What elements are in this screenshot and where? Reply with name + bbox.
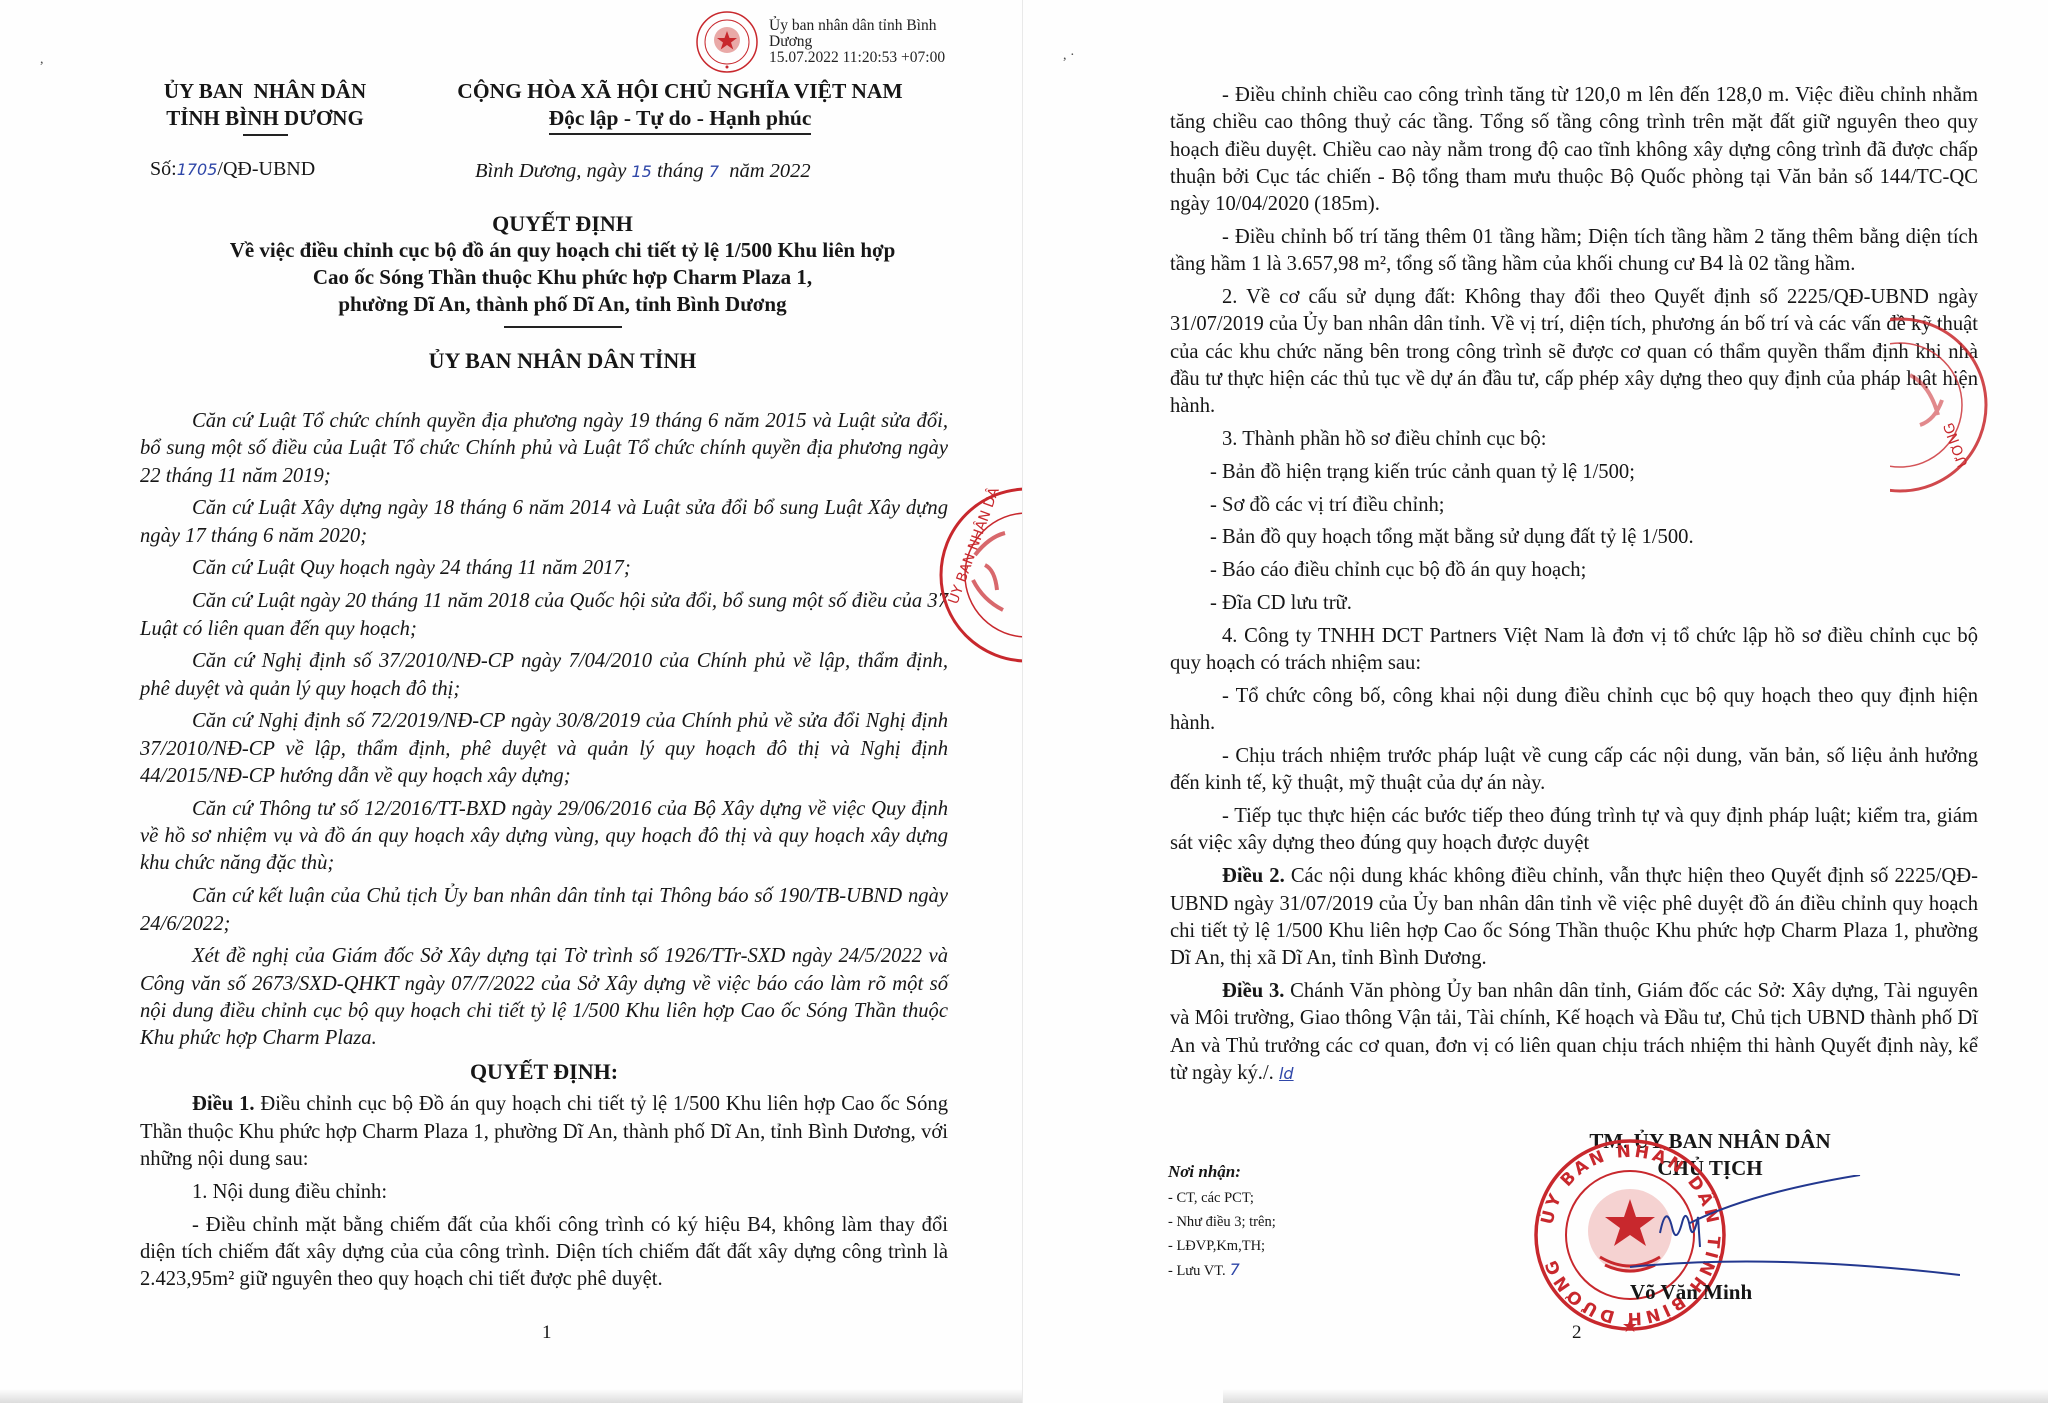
- page-number-1: 1: [542, 1322, 552, 1344]
- day-handwritten: 15: [632, 162, 652, 181]
- month-label: tháng: [652, 160, 709, 182]
- agency-line1: ỦY BAN NHÂN DÂN: [130, 78, 400, 105]
- issuer-heading: ỦY BAN NHÂN DÂN TỈNH: [175, 348, 950, 374]
- recipient-item: - Lưu VT.7: [1168, 1258, 1276, 1283]
- decides-heading: QUYẾT ĐỊNH:: [140, 1058, 948, 1085]
- responsibility-item: - Tiếp tục thực hiện các bước tiếp theo …: [1170, 803, 1978, 858]
- document-number: Số:1705/QĐ-UBND: [150, 158, 315, 181]
- item-1-heading: 1. Nội dung điều chỉnh:: [140, 1179, 948, 1206]
- recipient-text: - CT, các PCT;: [1168, 1190, 1254, 1206]
- digital-signature: Ủy ban nhân dân tỉnh Bình Dương 15.07.20…: [695, 10, 945, 74]
- legal-basis-item: Căn cứ kết luận của Chủ tịch Ủy ban nhân…: [140, 883, 948, 938]
- item-3-list: - Bản đồ hiện trạng kiến trúc cảnh quan …: [1170, 459, 1978, 617]
- scan-bottom-edge: [0, 1389, 1022, 1403]
- title-underline: [504, 326, 622, 328]
- dossier-item: - Bản đồ hiện trạng kiến trúc cảnh quan …: [1170, 459, 1978, 486]
- bullet-height: - Điều chỉnh chiều cao công trình tăng t…: [1170, 82, 1978, 218]
- scan-speck: , ·: [1063, 48, 1075, 64]
- signer-name: Võ Văn Minh: [1630, 1280, 1752, 1305]
- recipients-label: Nơi nhận:: [1168, 1160, 1276, 1184]
- article-2-label: Điều 2.: [1222, 865, 1285, 887]
- recipient-item: - CT, các PCT;: [1168, 1186, 1276, 1210]
- agency-line2: TỈNH BÌNH DƯƠNG: [130, 105, 400, 132]
- legal-basis-item: Căn cứ Thông tư số 12/2016/TT-BXD ngày 2…: [140, 796, 948, 878]
- responsibility-item: - Chịu trách nhiệm trước pháp luật về cu…: [1170, 743, 1978, 798]
- dsig-signer-line2: Dương: [769, 34, 945, 50]
- legal-basis-item: Căn cứ Luật Tổ chức chính quyền địa phươ…: [140, 408, 948, 490]
- recipient-text: - Như điều 3; trên;: [1168, 1214, 1276, 1230]
- place-date: Bình Dương, ngày 15 tháng 7 năm 2022: [475, 160, 811, 183]
- page1-body: Căn cứ Luật Tổ chức chính quyền địa phươ…: [140, 408, 948, 1299]
- scan-bottom-edge: [1223, 1389, 2048, 1403]
- svg-text:ỦY BAN NHÂN DÂ: ỦY BAN NHÂN DÂ: [943, 485, 1003, 606]
- dossier-item: - Bản đồ quy hoạch tổng mặt bằng sử dụng…: [1170, 524, 1978, 551]
- decision-title: QUYẾT ĐỊNH Về việc điều chỉnh cục bộ đồ …: [175, 210, 950, 328]
- place-date-prefix: Bình Dương, ngày: [475, 160, 632, 182]
- handwritten-initials: ld: [1279, 1064, 1294, 1083]
- dsig-signer-line1: Ủy ban nhân dân tỉnh Bình: [769, 18, 945, 34]
- legal-basis-item: Căn cứ Luật ngày 20 tháng 11 năm 2018 củ…: [140, 588, 948, 643]
- page-number-2: 2: [1572, 1322, 1582, 1344]
- article-3: Điều 3. Chánh Văn phòng Ủy ban nhân dân …: [1170, 978, 1978, 1087]
- responsibility-item: - Tổ chức công bố, công khai nội dung đi…: [1170, 683, 1978, 738]
- legal-basis-item: Xét đề nghị của Giám đốc Sở Xây dựng tại…: [140, 943, 948, 1052]
- legal-basis-item: Căn cứ Luật Quy hoạch ngày 24 tháng 11 n…: [140, 555, 948, 582]
- item-3-heading: 3. Thành phần hồ sơ điều chỉnh cục bộ:: [1170, 426, 1978, 453]
- article-3-label: Điều 3.: [1222, 980, 1284, 1002]
- recipients-list: - CT, các PCT;- Như điều 3; trên;- LĐVP,…: [1168, 1186, 1276, 1283]
- recipient-text: - LĐVP,Km,TH;: [1168, 1238, 1265, 1254]
- subject-line-2: Cao ốc Sóng Thần thuộc Khu phức hợp Char…: [175, 264, 950, 291]
- signer-org: TM. ỦY BAN NHÂN DÂN: [1530, 1128, 1890, 1155]
- dossier-item: - Đĩa CD lưu trữ.: [1170, 590, 1978, 617]
- article-1-text: Điều chỉnh cục bộ Đồ án quy hoạch chi ti…: [140, 1093, 948, 1170]
- national-header: CỘNG HÒA XÃ HỘI CHỦ NGHĨA VIỆT NAM Độc l…: [400, 78, 960, 135]
- legal-basis-item: Căn cứ Nghị định số 72/2019/NĐ-CP ngày 3…: [140, 708, 948, 790]
- bullet-basement: - Điều chỉnh bố trí tăng thêm 01 tầng hầ…: [1170, 224, 1978, 279]
- article-2: Điều 2. Các nội dung khác không điều chỉ…: [1170, 863, 1978, 972]
- recipient-text: - Lưu VT.: [1168, 1263, 1226, 1279]
- subject-line-1: Về việc điều chỉnh cục bộ đồ án quy hoạc…: [175, 237, 950, 264]
- legal-basis-item: Căn cứ Luật Xây dựng ngày 18 tháng 6 năm…: [140, 495, 948, 550]
- article-2-text: Các nội dung khác không điều chỉnh, vẫn …: [1170, 865, 1978, 969]
- recipient-item: - Như điều 3; trên;: [1168, 1210, 1276, 1234]
- page-1: , Ủy ban nhân dân tỉnh Bình Dương 15.07.…: [0, 0, 1022, 1403]
- agency-underline: [243, 134, 288, 136]
- mini-seal-icon: [695, 10, 759, 74]
- doc-type: QUYẾT ĐỊNH: [175, 210, 950, 237]
- article-1: Điều 1. Điều chỉnh cục bộ Đồ án quy hoạc…: [140, 1091, 948, 1173]
- legal-basis-item: Căn cứ Nghị định số 37/2010/NĐ-CP ngày 7…: [140, 648, 948, 703]
- month-handwritten: 7: [709, 162, 719, 181]
- item-1-bullet-1: - Điều chỉnh mặt bằng chiếm đất của khối…: [140, 1212, 948, 1294]
- item-2: 2. Về cơ cấu sử dụng đất: Không thay đổi…: [1170, 284, 1978, 420]
- signer-title: CHỦ TỊCH: [1530, 1155, 1890, 1182]
- doc-no-handwritten: 1705: [177, 160, 218, 179]
- dossier-item: - Sơ đồ các vị trí điều chỉnh;: [1170, 492, 1978, 519]
- item-4-list: - Tổ chức công bố, công khai nội dung đi…: [1170, 683, 1978, 858]
- signer-block: TM. ỦY BAN NHÂN DÂN CHỦ TỊCH: [1530, 1128, 1890, 1182]
- doc-no-prefix: Số:: [150, 158, 177, 180]
- doc-no-suffix: /QĐ-UBND: [217, 158, 315, 180]
- recipients-block: Nơi nhận: - CT, các PCT;- Như điều 3; tr…: [1168, 1160, 1276, 1283]
- motto: Độc lập - Tự do - Hạnh phúc: [549, 105, 812, 135]
- handwritten-mark: 7: [1230, 1260, 1240, 1279]
- seal-partial-icon: ỦY BAN NHÂN DÂ: [935, 485, 1022, 665]
- dossier-item: - Báo cáo điều chỉnh cục bộ đồ án quy ho…: [1170, 557, 1978, 584]
- subject-line-3: phường Dĩ An, thành phố Dĩ An, tỉnh Bình…: [175, 291, 950, 318]
- page2-body: - Điều chỉnh chiều cao công trình tăng t…: [1170, 82, 1978, 1093]
- dsig-timestamp: 15.07.2022 11:20:53 +07:00: [769, 50, 945, 66]
- scan-speck: ,: [40, 52, 44, 68]
- article-1-label: Điều 1.: [192, 1093, 255, 1115]
- year-text: năm 2022: [719, 160, 811, 182]
- nation-name: CỘNG HÒA XÃ HỘI CHỦ NGHĨA VIỆT NAM: [400, 78, 960, 105]
- issuing-agency: ỦY BAN NHÂN DÂN TỈNH BÌNH DƯƠNG: [130, 78, 400, 136]
- item-4-heading: 4. Công ty TNHH DCT Partners Việt Nam là…: [1170, 623, 1978, 678]
- legal-bases: Căn cứ Luật Tổ chức chính quyền địa phươ…: [140, 408, 948, 1053]
- recipient-item: - LĐVP,Km,TH;: [1168, 1234, 1276, 1258]
